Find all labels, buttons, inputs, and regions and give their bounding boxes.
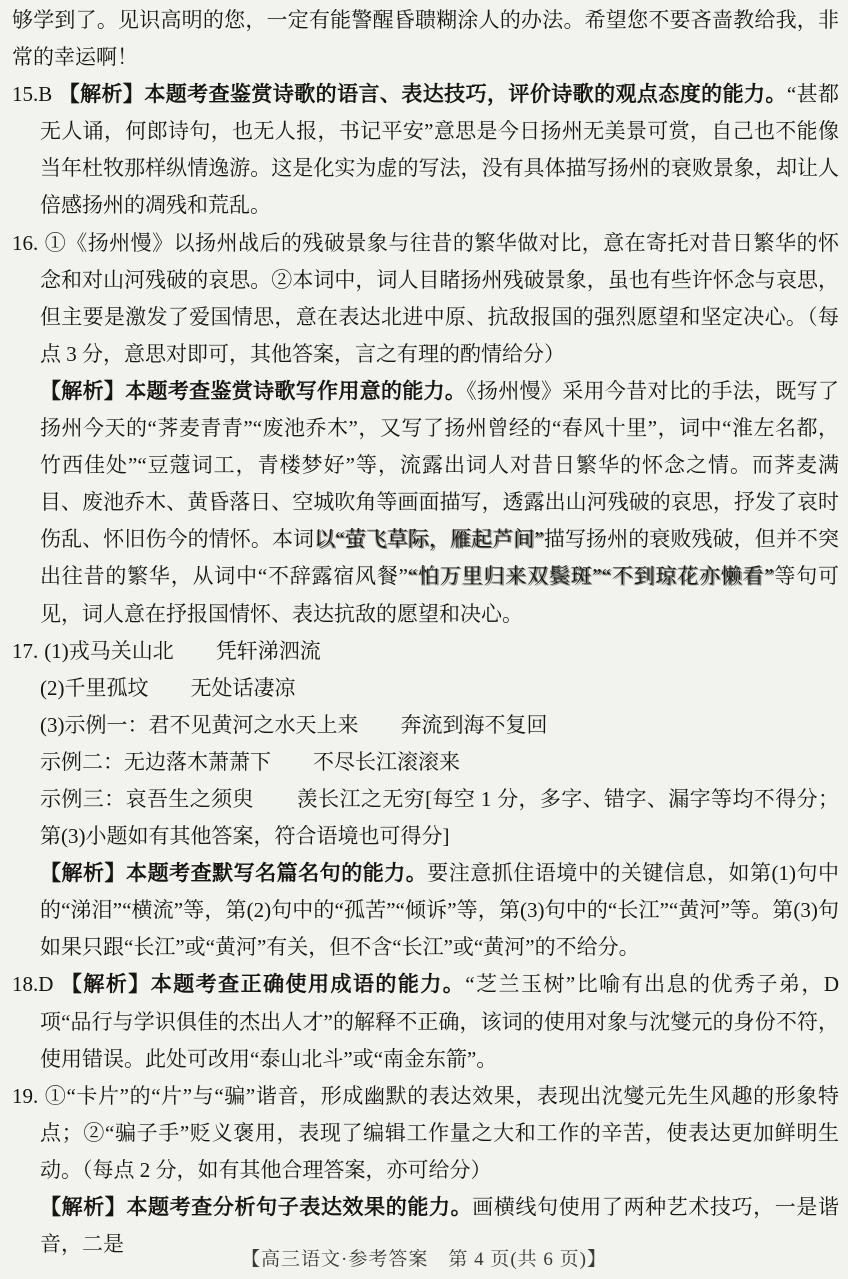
answer-item-17-line4: 示例二：无边落木萧萧下 不尽长江滚滚来 [12,744,839,781]
answer-text: 示例三：哀吾生之须臾 羡长江之无穷[每空 1 分，多字、错字、漏字等均不得分；第… [40,787,839,848]
answer-item-19: 19.①“卡片”的“片”与“骗”谐音，形成幽默的表达效果，表现出沈燮元先生风趣的… [12,1078,839,1189]
answer-text: (2)千里孤坟 无处话凄凉 [40,676,296,700]
answer-text: ①《扬州慢》以扬州战后的残破景象与往昔的繁华做对比，意在寄托对昔日繁华的怀念和对… [40,231,839,366]
answer-item-17-line5: 示例三：哀吾生之须臾 羡长江之无穷[每空 1 分，多字、错字、漏字等均不得分；第… [12,781,839,855]
paragraph-continuation: 够学到了。见识高明的您，一定有能警醒昏聩糊涂人的办法。希望您不要吝啬教给我，非常… [12,2,839,76]
item-number: 19. [12,1084,38,1108]
page-footer: 【高三语文·参考答案 第 4 页(共 6 页)】 [0,1241,848,1278]
answer-text: (3)示例一：君不见黄河之水天上来 奔流到海不复回 [40,713,547,737]
answer-text: (1)戎马关山北 凭轩涕泗流 [44,639,321,663]
answer-item-15: 15.B【解析】本题考查鉴赏诗歌的语言、表达技巧，评价诗歌的观点态度的能力。“甚… [12,76,839,224]
answer-text: ①“卡片”的“片”与“骗”谐音，形成幽默的表达效果，表现出沈燮元先生风趣的形象特… [40,1084,839,1182]
analysis-label: 【解析】本题考查鉴赏诗歌的语言、表达技巧，评价诗歌的观点态度的能力。 [58,83,787,106]
item-number: 18.D [12,972,53,996]
answer-text: 《扬州慢》采用今昔对比的手法，既写了扬州今天的“荠麦青青”“废池乔木”，又写了扬… [40,379,839,551]
analysis-16: 【解析】本题考查鉴赏诗歌写作用意的能力。《扬州慢》采用今昔对比的手法，既写了扬州… [12,373,839,633]
item-number: 17. [12,639,38,663]
analysis-label: 【解析】本题考查分析句子表达效果的能力。 [40,1196,472,1219]
document-page: 够学到了。见识高明的您，一定有能警醒昏聩糊涂人的办法。希望您不要吝啬教给我，非常… [0,0,848,1279]
answer-item-17-line1: 17.(1)戎马关山北 凭轩涕泗流 [12,633,839,670]
answer-text: 够学到了。见识高明的您，一定有能警醒昏聩糊涂人的办法。希望您不要吝啬教给我，非常… [12,8,839,69]
answer-item-17-line2: (2)千里孤坟 无处话凄凉 [12,670,839,707]
answer-item-18: 18.D【解析】本题考查正确使用成语的能力。“芝兰玉树”比喻有出息的优秀子弟，D… [12,966,839,1077]
smudged-text: 以“萤飞草际，雁起芦间” [314,527,544,551]
smudged-text: “怕万里归来双鬓斑”“不到琼花亦懒看” [408,564,774,588]
analysis-label: 【解析】本题考查默写名篇名句的能力。 [40,862,427,885]
answer-text: 示例二：无边落木萧萧下 不尽长江滚滚来 [40,750,460,774]
answer-item-17-line3: (3)示例一：君不见黄河之水天上来 奔流到海不复回 [12,707,839,744]
answer-item-16: 16.①《扬州慢》以扬州战后的残破景象与往昔的繁华做对比，意在寄托对昔日繁华的怀… [12,225,839,373]
analysis-label: 【解析】本题考查正确使用成语的能力。 [59,973,465,996]
analysis-label: 【解析】本题考查鉴赏诗歌写作用意的能力。 [40,380,466,403]
item-number: 16. [12,231,38,255]
item-number: 15.B [12,82,52,106]
analysis-17: 【解析】本题考查默写名篇名句的能力。要注意抓住语境中的关键信息，如第(1)句中的… [12,855,839,966]
